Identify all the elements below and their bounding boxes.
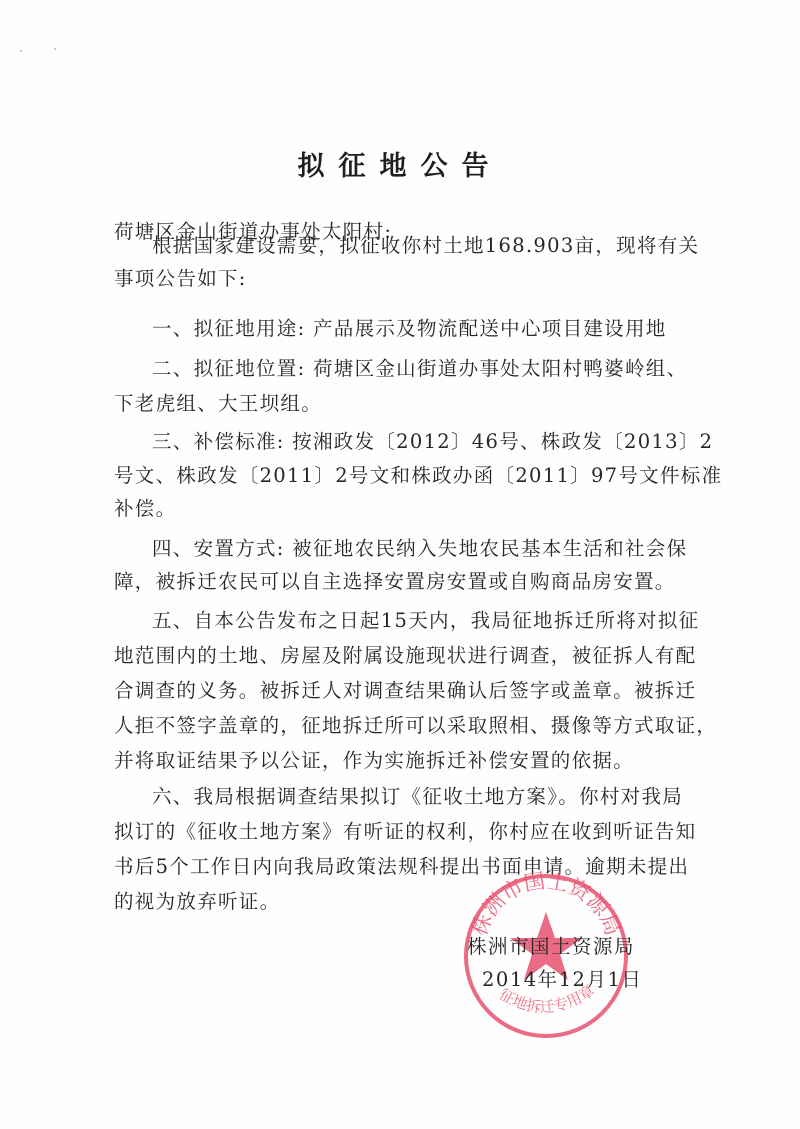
body-line: 并将取证结果予以公证，作为实施拆迁补偿安置的依据。: [114, 747, 634, 775]
scan-speck: [20, 50, 22, 52]
body-line: 合调查的义务。被拆迁人对调查结果确认后签字或盖章。被拆迁: [114, 677, 696, 705]
body-line: 拟订的《征收土地方案》有听证的权利，你村应在收到听证告知: [114, 818, 696, 846]
body-line: 根据国家建设需要，拟征收你村土地168.903亩，现将有关: [152, 232, 699, 260]
body-line: 一、拟征地用途: 产品展示及物流配送中心项目建设用地: [152, 315, 667, 343]
body-line: 事项公告如下:: [114, 265, 247, 293]
issuer-name: 株洲市国土资源局: [467, 931, 635, 959]
document-page: 拟征地公告 荷塘区金山街道办事处太阳村: 根据国家建设需要，拟征收你村土地168…: [0, 0, 800, 1129]
body-line: 号文、株政发〔2011〕2号文和株政办函〔2011〕97号文件标准: [114, 462, 722, 490]
body-line: 人拒不签字盖章的，征地拆迁所可以采取照相、摄像等方式取证，: [114, 712, 717, 740]
issue-date: 2014年12月1日: [482, 964, 642, 992]
document-title: 拟征地公告: [0, 144, 800, 183]
body-line: 二、拟征地位置: 荷塘区金山街道办事处太阳村鸭婆岭组、: [152, 355, 687, 383]
body-line: 六、我局根据调查结果拟订《征收土地方案》。你村对我局: [152, 783, 683, 811]
body-line: 地范围内的土地、房屋及附属设施现状进行调查，被征拆人有配: [114, 642, 696, 670]
body-line: 的视为放弃听证。: [114, 888, 280, 916]
body-line: 三、补偿标准: 按湘政发〔2012〕46号、株政发〔2013〕2: [152, 428, 713, 456]
body-line: 下老虎组、大王坝组。: [114, 390, 322, 418]
scan-speck: [54, 48, 56, 50]
body-line: 障，被拆迁农民可以自主选择安置房安置或自购商品房安置。: [114, 568, 676, 596]
body-line: 五、自本公告发布之日起15天内，我局征地拆迁所将对拟征: [152, 607, 699, 635]
body-line: 四、安置方式: 被征地农民纳入失地农民基本生活和社会保: [152, 535, 687, 563]
body-line: 书后5个工作日内向我局政策法规科提出书面申请。逾期未提出: [114, 853, 689, 881]
body-line: 补偿。: [114, 495, 176, 523]
